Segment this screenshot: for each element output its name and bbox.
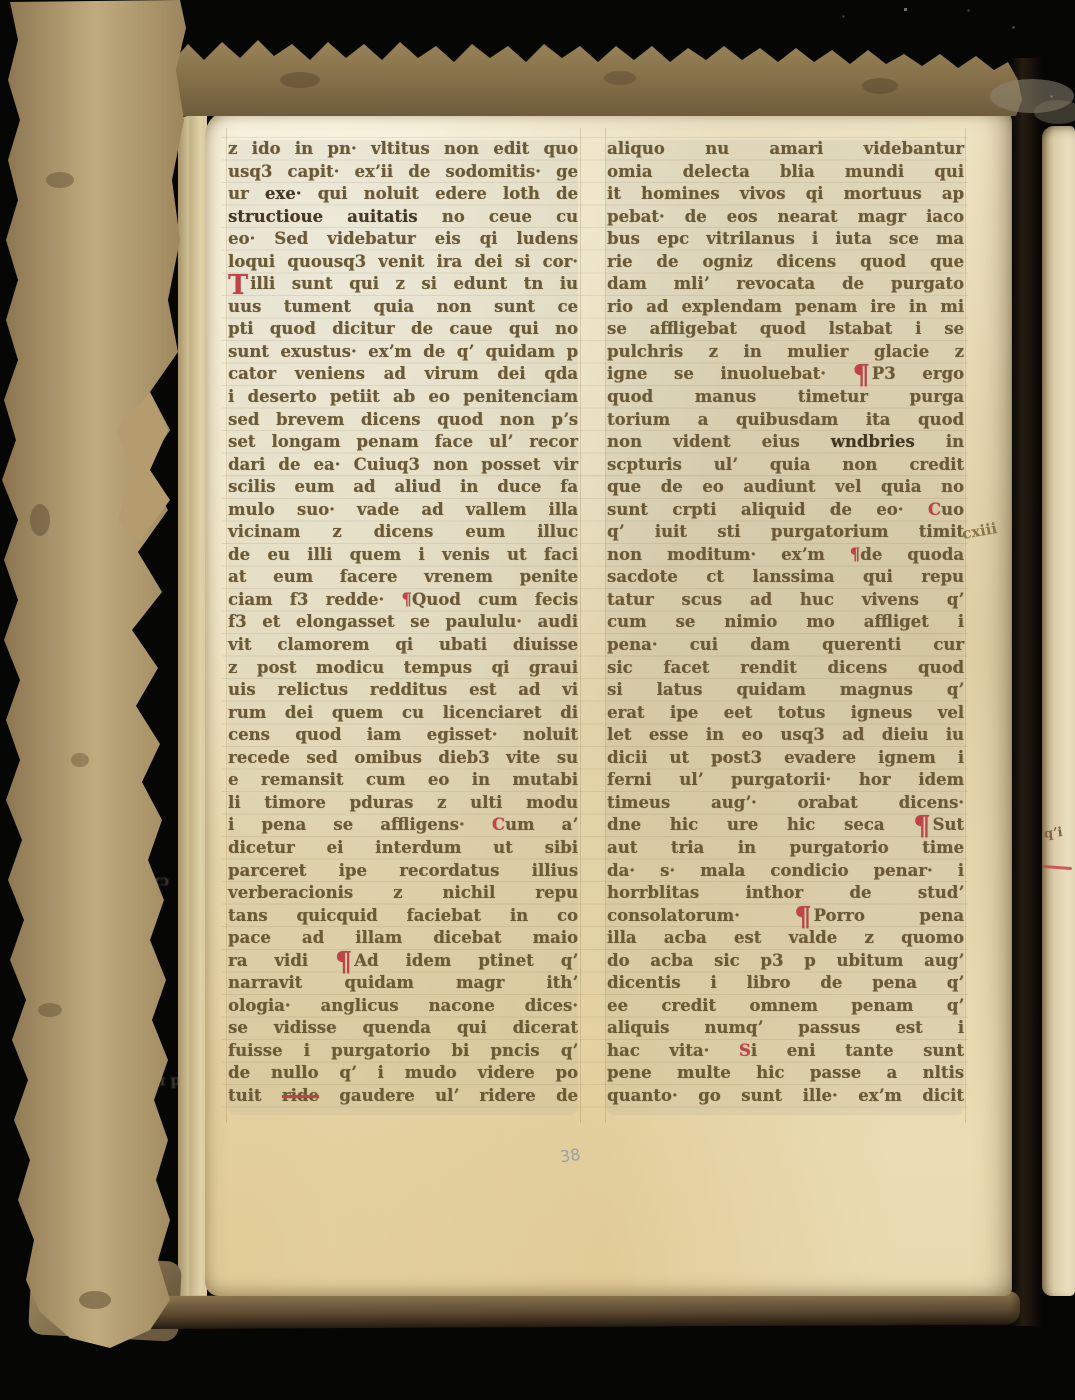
text-segment: i deserto petiit ab eo penitenciam [228,387,578,406]
text-line: loqui quousq3 venit ira dei si cor· [228,251,578,274]
text-line: dari de ea· Cuiuq3 non posset vir [228,454,578,477]
column-rule-left-inner [580,128,581,1123]
text-line: pulchris z in mulier glacie z [607,341,964,364]
text-segment: scilis eum ad aliud in duce fa [228,477,578,496]
book-gutter [1010,58,1042,1326]
text-line: z ido in pn· vltitus non edit quo [228,138,578,161]
text-line: pebat· de eos nearat magr iaco [607,206,964,229]
text-segment: aut tria in purgatorio time [607,838,964,857]
text-line: mulo suo· vade ad vallem illa [228,499,578,522]
text-segment: vicinam z dicens eum illuc [228,522,578,541]
text-segment: Sut [932,815,964,834]
text-segment: aliquo nu amari videbantur [607,139,964,158]
text-line: pene multe hic passe a nltis [607,1062,964,1085]
text-line: dicii ut post3 evadere ignem i [607,747,964,770]
text-line: rum dei quem cu licenciaret di [228,702,578,725]
text-segment: usq3 capit· exʼii de sodomitis· ge [228,162,578,181]
text-segment: mulo suo· vade ad vallem illa [228,500,578,519]
text-segment: que de eo audiunt vel quia no [607,477,964,496]
text-line: cator veniens ad virum dei qda [228,363,578,386]
text-segment: quanto· go sunt ille· exʼm dicit [607,1086,964,1105]
photo-background: z ido in pn· vltitus non edit quousq3 ca… [0,0,1075,1400]
cover-left-edge [2,0,186,1348]
rubric-pilcrow-icon: S [739,1041,751,1060]
text-column-left: z ido in pn· vltitus non edit quousq3 ca… [228,138,578,1108]
text-column-right: aliquo nu amari videbanturomia delecta b… [607,138,964,1108]
text-segment: uus tument quia non sunt ce [228,297,578,316]
retouched-text: wndbries [831,432,915,451]
text-segment: at eum facere vrenem penite [228,567,578,586]
text-segment: ur [228,184,265,203]
text-line: fuisse i purgatorio bi pncis qʼ [228,1040,578,1063]
text-segment: torium a quibusdam ita quod [607,410,964,429]
text-segment: dne hic ure hic seca [607,815,913,834]
text-segment: tatur scus ad huc vivens qʼ [607,590,964,609]
text-line: e remansit cum eo in mutabi [228,769,578,792]
text-line: sacdote ct lanssima qui repu [607,566,964,589]
text-segment: se vidisse quenda qui dicerat [228,1018,578,1037]
text-line: bus epc vitrilanus i iuta sce ma [607,228,964,251]
text-segment: vit clamorem qi ubati diuisse [228,635,578,654]
text-segment: cens quod iam egisset· noluit [228,725,578,744]
text-line: de eu illi quem i venis ut faci [228,544,578,567]
text-line: dicentis i libro de pena qʼ [607,972,964,995]
text-line: cens quod iam egisset· noluit [228,724,578,747]
text-segment: dicii ut post3 evadere ignem i [607,748,964,767]
text-line: quanto· go sunt ille· exʼm dicit [607,1085,964,1108]
text-segment: no ceue cu [418,207,578,226]
text-segment: set longam penam face ulʼ recor [228,432,578,451]
text-segment: qui noluit edere loth de [301,184,578,203]
cover-blotch [280,72,320,88]
text-segment: dam mliʼ revocata de purgato [607,274,964,293]
text-line: torium a quibusdam ita quod [607,409,964,432]
text-line: ee credit omnem penam qʼ [607,995,964,1018]
text-segment: bus epc vitrilanus i iuta sce ma [607,229,964,248]
text-line: pena· cui dam querenti cur [607,634,964,657]
text-segment: erat ipe eet totus igneus vel [607,703,964,722]
cover-blotch [38,1003,62,1017]
cover-top-edge [56,40,1022,116]
text-segment: loqui quousq3 venit ira dei si cor· [228,252,578,271]
cover-blotch [71,753,89,767]
text-segment: de nullo qʼ i mudo videre po [228,1063,578,1082]
text-segment: cator veniens ad virum dei qda [228,364,578,383]
text-line: cum se nimio mo affliget i [607,611,964,634]
text-line: z post modicu tempus qi graui [228,657,578,680]
text-line: dicetur ei interdum ut sibi [228,837,578,860]
text-line: it homines vivos qi mortuus ap [607,183,964,206]
text-line: uis relictus redditus est ad vi [228,679,578,702]
text-line: verberacionis z nichil repu [228,882,578,905]
text-line: pace ad illam dicebat maio [228,927,578,950]
text-line: sunt crpti aliquid de eo· Cuo [607,499,964,522]
text-segment: z post modicu tempus qi graui [228,658,578,677]
text-segment: uo [941,500,964,519]
text-segment: sacdote ct lanssima qui repu [607,567,964,586]
text-segment: non moditum· exʼm [607,545,850,564]
text-line: se affligebat quod lstabat i se [607,318,964,341]
text-line: scilis eum ad aliud in duce fa [228,476,578,499]
text-line: se vidisse quenda qui dicerat [228,1017,578,1040]
text-line: eo· Sed videbatur eis qi ludens [228,228,578,251]
margin-red-stroke [1042,865,1072,870]
text-line: quod manus timetur purga [607,386,964,409]
rubric-pilcrow-icon: ¶ [850,545,861,564]
text-segment: recede sed omibus dieb3 vite su [228,748,578,767]
text-line: rie de ogniz dicens quod que [607,251,964,274]
text-line: rio ad explendam penam ire in mi [607,296,964,319]
dust-specks [0,0,1,1]
cover-blotch [30,504,50,536]
text-line: Tilli sunt qui z si edunt tn iu [228,273,578,296]
text-segment: pene multe hic passe a nltis [607,1063,964,1082]
text-segment: non vident eius [607,432,831,451]
text-segment: pti quod dicitur de caue qui no [228,319,578,338]
text-line: qʼ iuit sti purgatorium timit [607,521,964,544]
text-segment: da· s· mala condicio penar· i [607,861,964,880]
text-segment: omia delecta blia mundi qui [607,162,964,181]
text-segment: illi sunt qui z si edunt tn iu [250,274,578,293]
page-number: 38 [559,1145,582,1167]
text-segment: qʼ iuit sti purgatorium timit [607,522,964,541]
cover-torn-flap [116,392,170,540]
text-segment: cum se nimio mo affliget i [607,612,964,631]
text-segment: horrblitas inthor de studʼ [607,883,964,902]
text-line: tans quicquid faciebat in co [228,905,578,928]
text-line: sunt exustus· exʼm de qʼ quidam p [228,341,578,364]
text-line: let esse in eo usq3 ad dieiu iu [607,724,964,747]
text-segment: dari de ea· Cuiuq3 non posset vir [228,455,578,474]
text-line: tuit ride gaudere ulʼ ridere de [228,1085,578,1108]
text-segment: sunt crpti aliquid de eo· [607,500,928,519]
text-line: scpturis ulʼ quia non credit [607,454,964,477]
text-line: i deserto petiit ab eo penitenciam [228,386,578,409]
ghost-note-mid: cxiii [134,871,170,890]
text-line: dne hic ure hic seca ¶Sut [607,814,964,837]
text-segment: ferni ulʼ purgatorii· hor idem [607,770,964,789]
text-segment: Ad idem ptinet qʼ [354,951,578,970]
text-segment: let esse in eo usq3 ad dieiu iu [607,725,964,744]
text-segment: rum dei quem cu licenciaret di [228,703,578,722]
text-segment: um aʼ [505,815,578,834]
text-line: structioue auitatis no ceue cu [228,206,578,229]
text-segment: ologia· anglicus nacone dices· [228,996,578,1015]
text-segment: igne se inuoluebat· [607,364,853,383]
text-line: horrblitas inthor de studʼ [607,882,964,905]
text-line: aliquo nu amari videbantur [607,138,964,161]
text-line: sic facet rendit dicens quod [607,657,964,680]
text-segment: verberacionis z nichil repu [228,883,578,902]
text-segment: quod manus timetur purga [607,387,964,406]
ghost-note-bottom: q nullo [122,1071,182,1091]
text-segment: z ido in pn· vltitus non edit quo [228,139,578,158]
text-line: i pena se affligens· Cum aʼ [228,814,578,837]
rubric-pilcrow-icon: C [492,815,505,834]
cover-blotch [604,71,636,85]
text-line: ferni ulʼ purgatorii· hor idem [607,769,964,792]
text-segment: parceret ipe recordatus illius [228,861,578,880]
text-segment: tuit [228,1086,282,1105]
text-line: f3 et elongasset se paululu· audi [228,611,578,634]
text-segment: li timore pduras z ulti modu [228,793,578,812]
text-segment: Quod cum fecis [412,590,578,609]
text-segment: do acba sic p3 p ubitum augʼ [607,951,964,970]
rubric-pilcrow-icon: C [928,500,941,519]
text-line: recede sed omibus dieb3 vite su [228,747,578,770]
text-line: omia delecta blia mundi qui [607,161,964,184]
text-line: erat ipe eet totus igneus vel [607,702,964,725]
text-segment: gaudere ulʼ ridere de [319,1086,578,1105]
text-segment: i pena se affligens· [228,815,492,834]
text-line: usq3 capit· exʼii de sodomitis· ge [228,161,578,184]
text-segment: sunt exustus· exʼm de qʼ quidam p [228,342,578,361]
text-segment: in [915,432,964,451]
text-line: dam mliʼ revocata de purgato [607,273,964,296]
text-line: non vident eius wndbries in [607,431,964,454]
cover-blotch [46,172,74,188]
retouched-text: structioue auitatis [228,207,418,226]
text-segment: eo· Sed videbatur eis qi ludens [228,229,578,248]
text-segment: i eni tante sunt [751,1041,964,1060]
text-segment: uis relictus redditus est ad vi [228,680,578,699]
retouched-text: exe· [265,184,302,203]
text-line: de nullo qʼ i mudo videre po [228,1062,578,1085]
text-segment: aliquis numqʼ passus est i [607,1018,964,1037]
text-segment: Porro pena [813,906,964,925]
bottom-cover-edge [68,1292,1020,1330]
column-rule-right-outer [965,128,966,1123]
cover-blotch [862,78,898,94]
text-line: uus tument quia non sunt ce [228,296,578,319]
text-segment: hac vita· [607,1041,739,1060]
text-segment: consolatorum· [607,906,794,925]
text-line: ra vidi ¶Ad idem ptinet qʼ [228,950,578,973]
margin-note-edge: qʼi [1043,825,1063,842]
text-line: tatur scus ad huc vivens qʼ [607,589,964,612]
text-line: at eum facere vrenem penite [228,566,578,589]
text-segment: f3 et elongasset se paululu· audi [228,612,578,631]
text-line: aliquis numqʼ passus est i [607,1017,964,1040]
facing-page-edge: qʼi [1042,126,1075,1296]
text-line: da· s· mala condicio penar· i [607,860,964,883]
text-line: vit clamorem qi ubati diuisse [228,634,578,657]
text-line: vicinam z dicens eum illuc [228,521,578,544]
text-line: parceret ipe recordatus illius [228,860,578,883]
text-segment: pulchris z in mulier glacie z [607,342,964,361]
text-segment: dicentis i libro de pena qʼ [607,973,964,992]
text-segment: ee credit omnem penam qʼ [607,996,964,1015]
text-segment: scpturis ulʼ quia non credit [607,455,964,474]
text-segment: rie de ogniz dicens quod que [607,252,964,271]
text-segment: sed brevem dicens quod non pʼs [228,410,578,429]
text-segment: pena· cui dam querenti cur [607,635,964,654]
text-line: sed brevem dicens quod non pʼs [228,409,578,432]
text-segment: de quoda [860,545,964,564]
text-line: timeus augʼ· orabat dicens· [607,792,964,815]
text-segment: pebat· de eos nearat magr iaco [607,207,964,226]
text-line: ur exe· qui noluit edere loth de [228,183,578,206]
text-segment: e remansit cum eo in mutabi [228,770,578,789]
text-segment: rio ad explendam penam ire in mi [607,297,964,316]
text-line: si latus quidam magnus qʼ [607,679,964,702]
rubric-pilcrow-icon: ¶ [401,590,412,609]
text-segment: sic facet rendit dicens quod [607,658,964,677]
text-segment: narravit quidam magr ithʼ [228,973,578,992]
text-line: set longam penam face ulʼ recor [228,431,578,454]
text-line: que de eo audiunt vel quia no [607,476,964,499]
text-line: ologia· anglicus nacone dices· [228,995,578,1018]
text-line: pti quod dicitur de caue qui no [228,318,578,341]
text-segment: tans quicquid faciebat in co [228,906,578,925]
text-segment: it homines vivos qi mortuus ap [607,184,964,203]
text-segment: si latus quidam magnus qʼ [607,680,964,699]
text-line: ciam f3 redde· ¶Quod cum fecis [228,589,578,612]
text-line: hac vita· Si eni tante sunt [607,1040,964,1063]
text-line: narravit quidam magr ithʼ [228,972,578,995]
column-rule-right-inner [605,128,606,1123]
text-segment: dicetur ei interdum ut sibi [228,838,578,857]
text-segment: fuisse i purgatorio bi pncis qʼ [228,1041,578,1060]
text-line: do acba sic p3 p ubitum augʼ [607,950,964,973]
text-segment: P3 ergo [872,364,964,383]
text-segment: de eu illi quem i venis ut faci [228,545,578,564]
text-segment: se affligebat quod lstabat i se [607,319,964,338]
ghost-note-top: cxiii [124,169,160,188]
text-segment: ra vidi [228,951,335,970]
text-line: igne se inuoluebat· ¶P3 ergo [607,363,964,386]
text-segment: illa acba est valde z quomo [607,928,964,947]
column-rule-left-outer [226,128,227,1123]
struck-word: ride [282,1086,319,1105]
text-line: aut tria in purgatorio time [607,837,964,860]
text-segment: timeus augʼ· orabat dicens· [607,793,964,812]
text-line: illa acba est valde z quomo [607,927,964,950]
text-line: consolatorum· ¶Porro pena [607,905,964,928]
text-line: li timore pduras z ulti modu [228,792,578,815]
text-segment: ciam f3 redde· [228,590,401,609]
text-segment: pace ad illam dicebat maio [228,928,578,947]
text-line: non moditum· exʼm ¶de quoda [607,544,964,567]
